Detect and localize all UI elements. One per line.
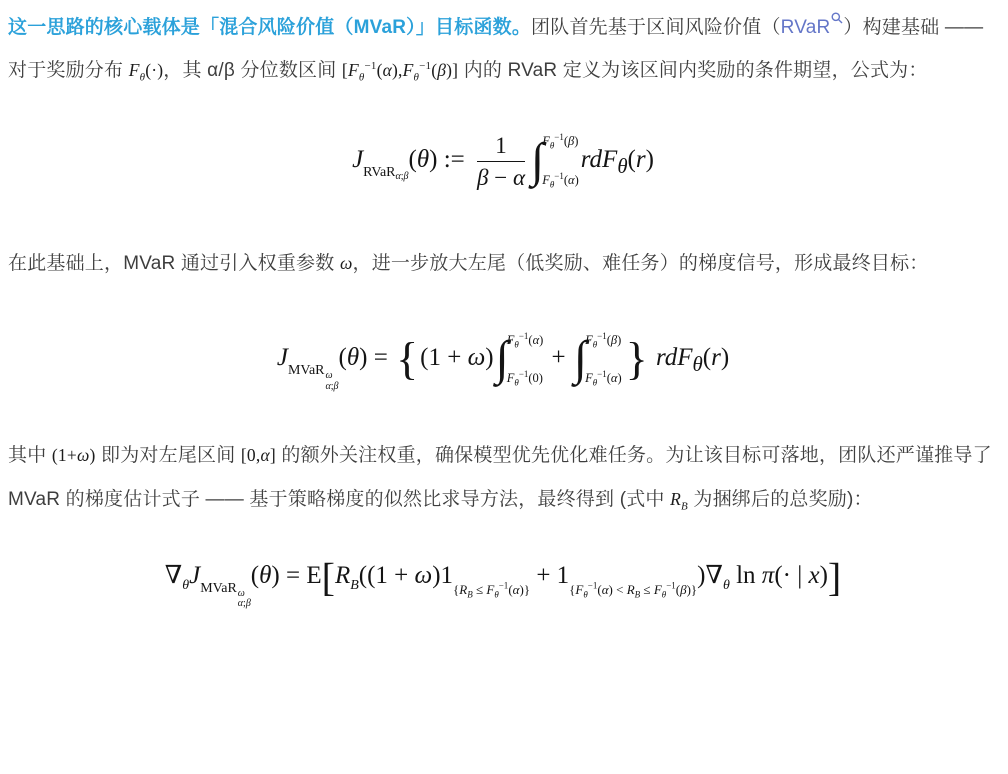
gradient-text-4: 为捆绑后的总奖励)： [688, 489, 873, 510]
rvar-link[interactable]: RVaR [781, 17, 844, 38]
intro-text-4: 内的 RVaR 定义为该区间内奖励的条件期望，公式为： [458, 60, 927, 81]
inline-math-quantile-interval: [Fθ−1(α),Fθ−1(β)] [342, 60, 458, 80]
inline-math-bundled-reward: RB [670, 489, 688, 509]
search-icon [831, 12, 843, 24]
article-page: 这一思路的核心载体是「混合风险价值（MVaR）」目标函数。团队首先基于区间风险价… [0, 0, 1008, 774]
intro-text: 团队首先基于区间风险价值 [531, 17, 761, 38]
highlight-mvar-statement: 这一思路的核心载体是「混合风险价值（MVaR）」目标函数。 [8, 17, 531, 38]
formula-mvar-gradient: ∇θJMVaRωα;β(θ) = E[RB((1 + ω)1{RB ≤ Fθ−1… [8, 561, 998, 610]
formula-gradient-content: ∇θJMVaRωα;β(θ) = E[RB((1 + ω)1{RB ≤ Fθ−1… [165, 562, 842, 589]
formula-rvar-definition: JRVaRα;β(θ) := 1β − α∫Fθ−1(β)Fθ−1(α)rdFθ… [8, 133, 998, 191]
formula-mvar-objective: JMVaRωα;β(θ) = {(1 + ω)∫Fθ−1(α)Fθ−1(0) +… [8, 332, 998, 393]
inline-math-omega: ω [340, 253, 353, 273]
formula-mvar-content: JMVaRωα;β(θ) = {(1 + ω)∫Fθ−1(α)Fθ−1(0) +… [277, 344, 729, 371]
formula-rvar-content: JRVaRα;β(θ) := 1β − α∫Fθ−1(β)Fθ−1(α)rdFθ… [352, 146, 654, 173]
gradient-text-2: 即为对左尾区间 [96, 445, 241, 466]
mvar-text-2: ，进一步放大左尾（低奖励、难任务）的梯度信号，形成最终目标： [353, 253, 929, 274]
inline-math-left-tail-range: [0,α] [241, 445, 276, 465]
paren-open: （ [761, 17, 780, 38]
mvar-text-1: 在此基础上，MVaR 通过引入权重参数 [8, 253, 340, 274]
paragraph-gradient: 其中 (1+ω) 即为对左尾区间 [0,α] 的额外关注权重，确保模型优先优化难… [8, 434, 998, 521]
paragraph-intro: 这一思路的核心载体是「混合风险价值（MVaR）」目标函数。团队首先基于区间风险价… [8, 6, 998, 93]
inline-math-weight: (1+ω) [52, 445, 96, 465]
rvar-link-label: RVaR [781, 17, 831, 38]
paragraph-mvar: 在此基础上，MVaR 通过引入权重参数 ω，进一步放大左尾（低奖励、难任务）的梯… [8, 242, 998, 285]
inline-math-reward-distribution: Fθ(·) [129, 60, 164, 80]
intro-text-3: ，其 α/β 分位数区间 [163, 60, 342, 81]
gradient-text-1: 其中 [8, 445, 52, 466]
